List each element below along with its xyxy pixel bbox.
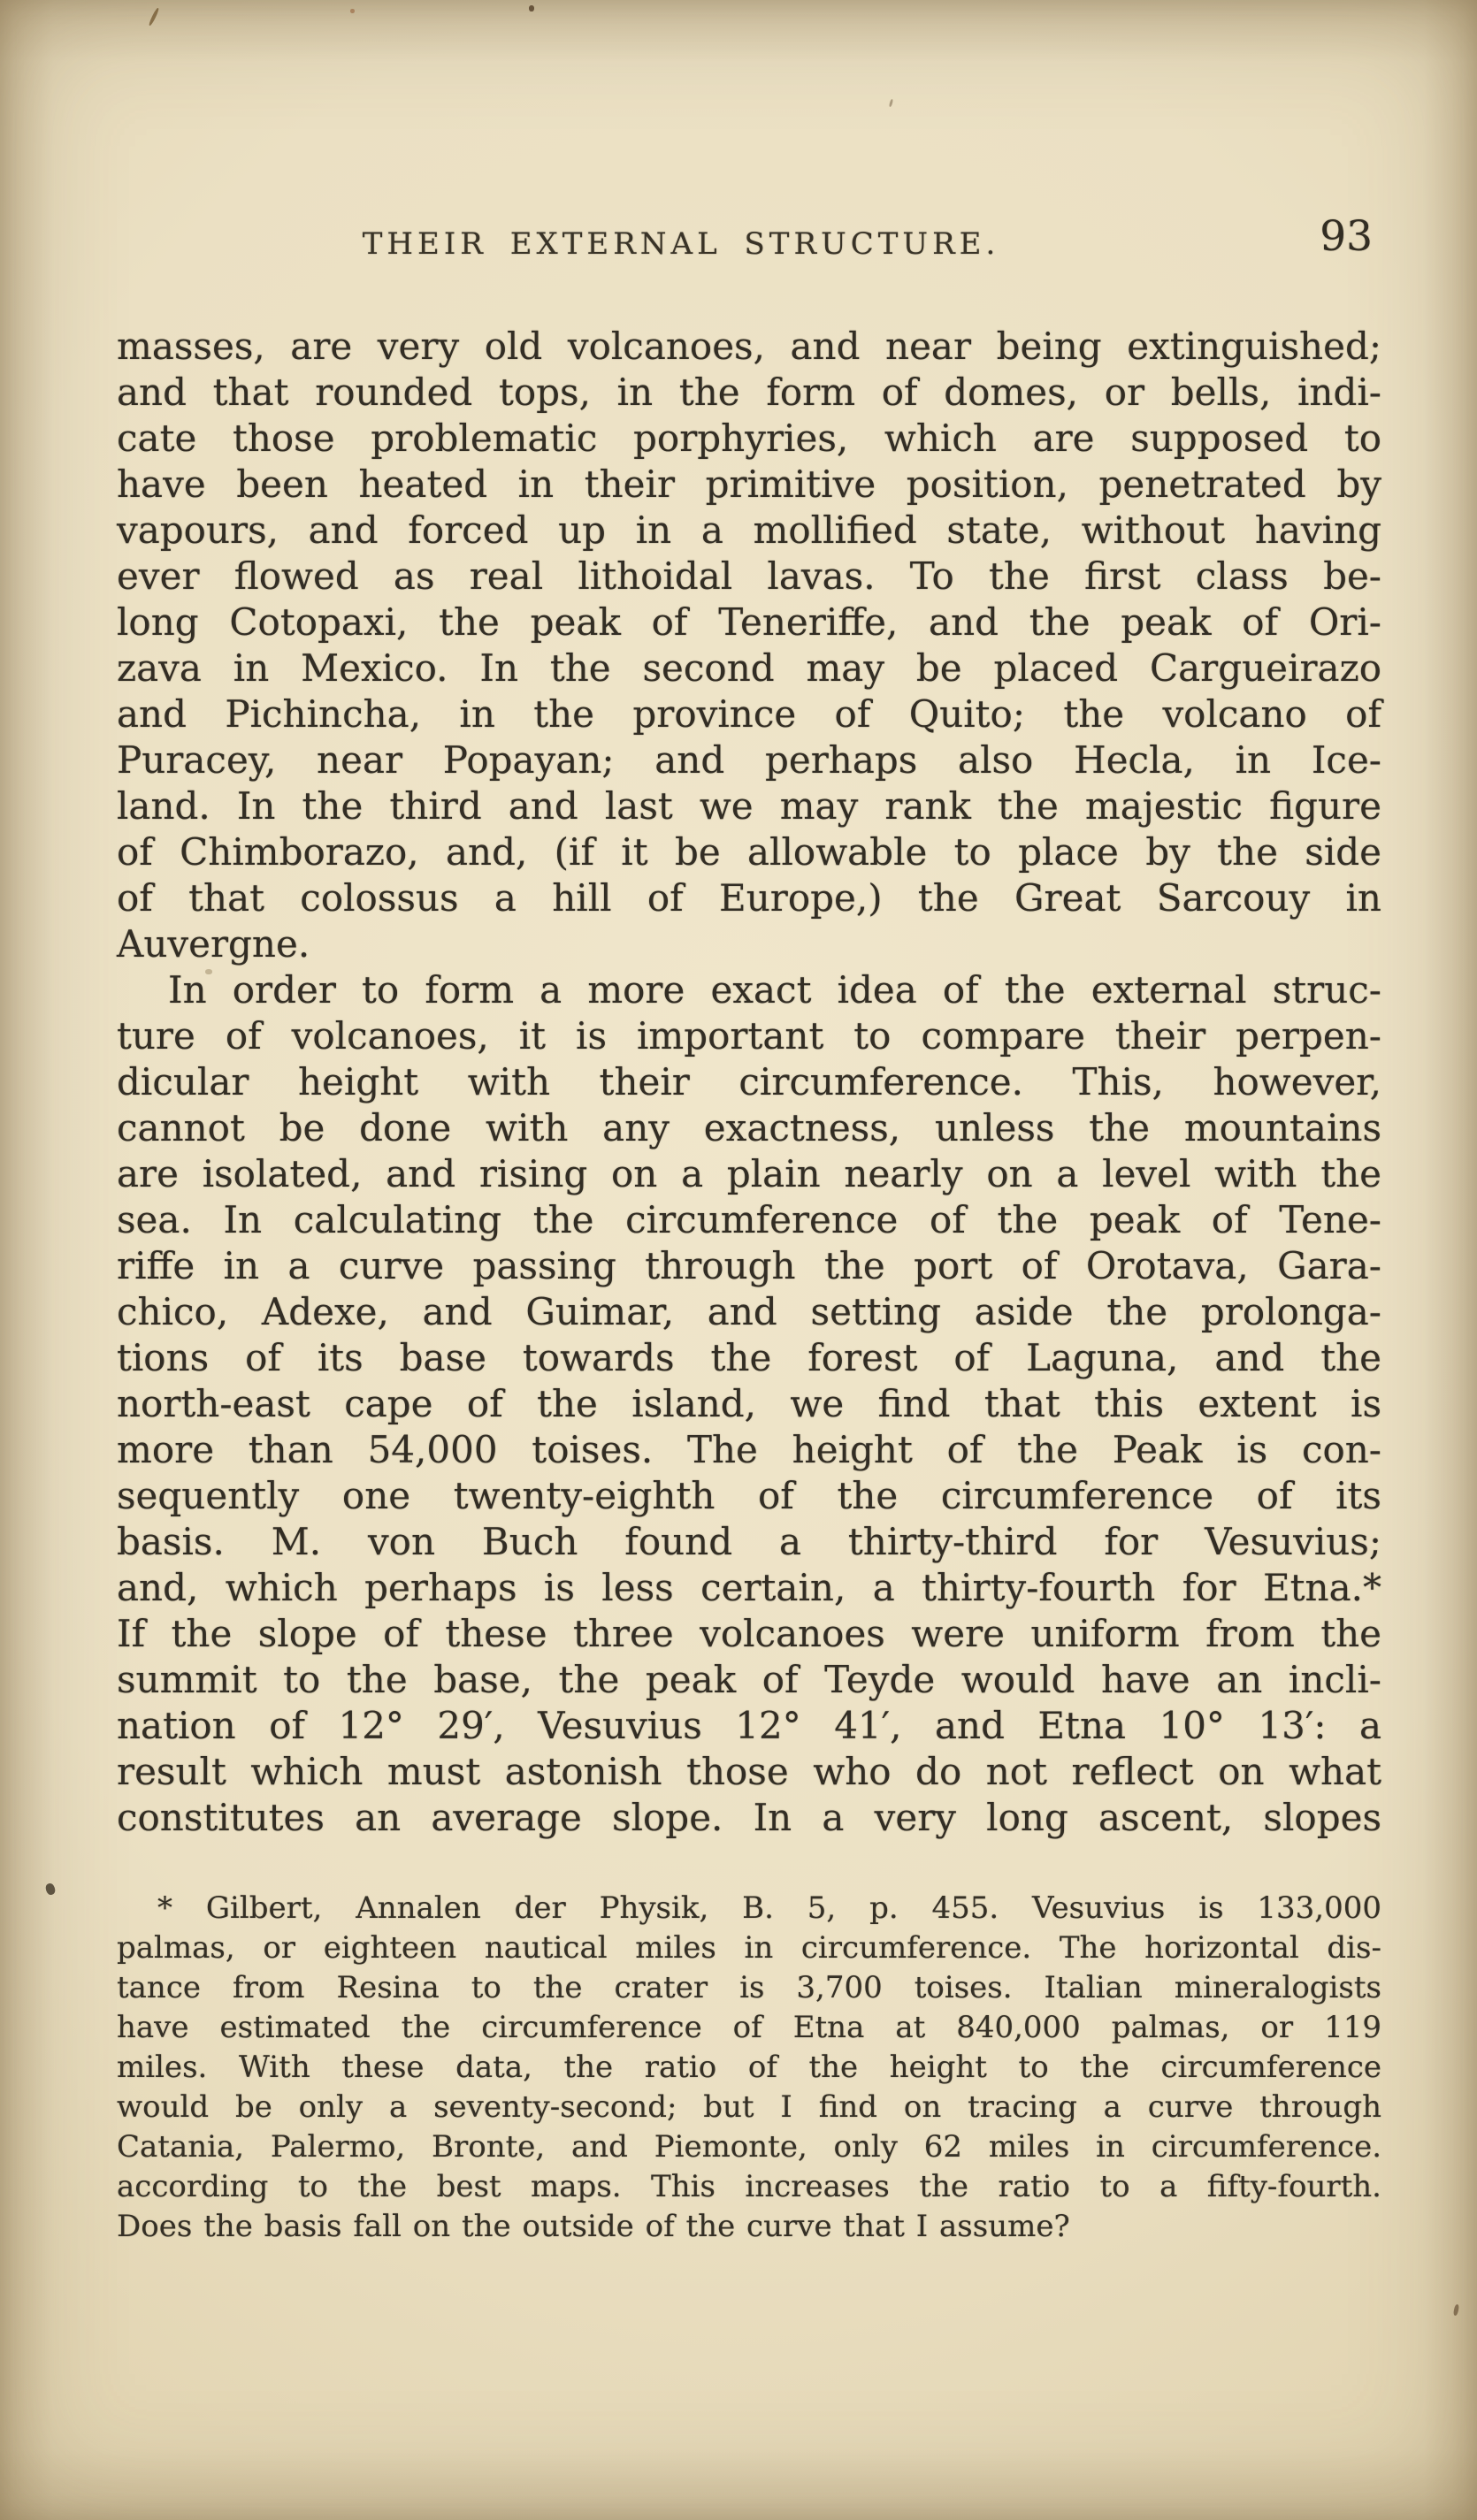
text-line: land. In the third and last we may rank … bbox=[117, 783, 1381, 829]
text-line: masses, are very old volcanoes, and near… bbox=[117, 324, 1381, 370]
text-line: summit to the base, the peak of Teyde wo… bbox=[117, 1657, 1381, 1703]
text-line: long Cotopaxi, the peak of Teneriffe, an… bbox=[117, 599, 1381, 645]
running-header: THEIR EXTERNAL STRUCTURE. bbox=[115, 226, 1247, 262]
text-line: ever flowed as real lithoidal lavas. To … bbox=[117, 554, 1381, 599]
text-line: vapours, and forced up in a mollified st… bbox=[117, 508, 1381, 554]
text-line: have been heated in their primitive posi… bbox=[117, 462, 1381, 508]
text-line: * Gilbert, Annalen der Physik, B. 5, p. … bbox=[117, 1889, 1381, 1928]
text-line: according to the best maps. This increas… bbox=[117, 2167, 1381, 2207]
text-line: constitutes an average slope. In a very … bbox=[117, 1795, 1381, 1841]
text-line: miles. With these data, the ratio of the… bbox=[117, 2048, 1381, 2088]
text-line: palmas, or eighteen nautical miles in ci… bbox=[117, 1928, 1381, 1968]
scanned-book-page: THEIR EXTERNAL STRUCTURE. 93 masses, are… bbox=[0, 0, 1477, 2520]
ink-speck bbox=[529, 5, 534, 11]
text-line: sequently one twenty-eighth of the circu… bbox=[117, 1473, 1381, 1519]
footnote: * Gilbert, Annalen der Physik, B. 5, p. … bbox=[117, 1889, 1381, 2247]
text-line: tance from Resina to the crater is 3,700… bbox=[117, 1968, 1381, 2008]
body-text: masses, are very old volcanoes, and near… bbox=[117, 324, 1381, 1841]
text-line: nation of 12° 29′, Vesuvius 12° 41′, and… bbox=[117, 1703, 1381, 1749]
text-line: ture of volcanoes, it is important to co… bbox=[117, 1013, 1381, 1059]
text-line: Puracey, near Popayan; and perhaps also … bbox=[117, 737, 1381, 783]
ink-speck bbox=[1453, 2304, 1460, 2317]
text-line: In order to form a more exact idea of th… bbox=[117, 967, 1381, 1013]
text-line: of Chimborazo, and, (if it be allowable … bbox=[117, 829, 1381, 875]
text-line: chico, Adexe, and Guimar, and setting as… bbox=[117, 1289, 1381, 1335]
ink-speck bbox=[44, 1882, 57, 1896]
text-line: Auvergne. bbox=[117, 921, 1381, 967]
text-line: basis. M. von Buch found a thirty-third … bbox=[117, 1519, 1381, 1565]
text-line: would be only a seventy-second; but I fi… bbox=[117, 2088, 1381, 2127]
paragraph: In order to form a more exact idea of th… bbox=[117, 967, 1381, 1841]
text-line: sea. In calculating the circumference of… bbox=[117, 1197, 1381, 1243]
text-line: result which must astonish those who do … bbox=[117, 1749, 1381, 1795]
text-line: dicular height with their circumference.… bbox=[117, 1059, 1381, 1105]
ink-speck bbox=[350, 9, 355, 13]
page-header-row: THEIR EXTERNAL STRUCTURE. 93 bbox=[0, 0, 1477, 301]
text-line: more than 54,000 toises. The height of t… bbox=[117, 1427, 1381, 1473]
text-line: Catania, Palermo, Bronte, and Piemonte, … bbox=[117, 2127, 1381, 2167]
text-line: riffe in a curve passing through the por… bbox=[117, 1243, 1381, 1289]
text-line: cate those problematic porphyries, which… bbox=[117, 416, 1381, 462]
page-number: 93 bbox=[1320, 212, 1373, 261]
text-line: If the slope of these three volcanoes we… bbox=[117, 1611, 1381, 1657]
text-line: and Pichincha, in the province of Quito;… bbox=[117, 691, 1381, 737]
text-line: Does the basis fall on the outside of th… bbox=[117, 2207, 1381, 2247]
paragraph: * Gilbert, Annalen der Physik, B. 5, p. … bbox=[117, 1889, 1381, 2247]
text-line: of that colossus a hill of Europe,) the … bbox=[117, 875, 1381, 921]
text-line: cannot be done with any exactness, unles… bbox=[117, 1105, 1381, 1151]
text-line: tions of its base towards the forest of … bbox=[117, 1335, 1381, 1381]
text-line: are isolated, and rising on a plain near… bbox=[117, 1151, 1381, 1197]
text-line: zava in Mexico. In the second may be pla… bbox=[117, 645, 1381, 691]
text-line: and, which perhaps is less certain, a th… bbox=[117, 1565, 1381, 1611]
paper-stain bbox=[205, 969, 212, 974]
text-line: have estimated the circumference of Etna… bbox=[117, 2008, 1381, 2048]
paragraph: masses, are very old volcanoes, and near… bbox=[117, 324, 1381, 967]
text-line: and that rounded tops, in the form of do… bbox=[117, 370, 1381, 416]
text-line: north-east cape of the island, we find t… bbox=[117, 1381, 1381, 1427]
